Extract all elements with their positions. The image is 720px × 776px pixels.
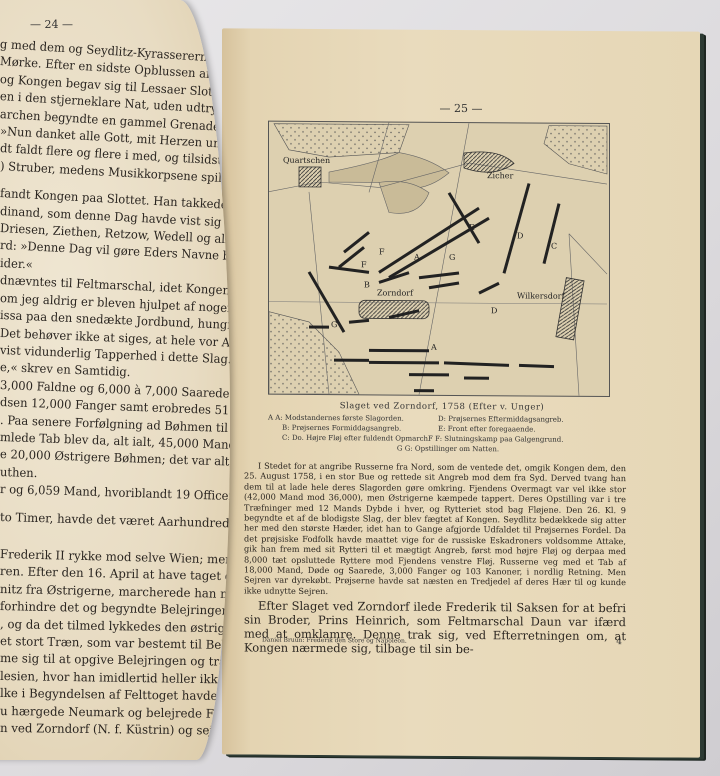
- map-marker-a: A: [414, 253, 420, 262]
- map-marker-g: G: [449, 253, 455, 262]
- left-page: — 24 — g med dem og Seydlitz-Kyrasserern…: [0, 0, 230, 760]
- map-marker-f: F: [379, 247, 385, 256]
- line-gap: [0, 536, 230, 546]
- page-number: — 25 —: [222, 100, 700, 116]
- paragraph: I Stedet for at angribe Russerne fra Nor…: [244, 460, 626, 598]
- map-place-zorndorf: Zorndorf: [377, 288, 413, 297]
- map-marker-d2: D: [491, 306, 497, 315]
- map-place-quartschen: Quartschen: [283, 156, 330, 165]
- signature-mark: 4: [616, 637, 622, 647]
- map-marker-a2: A: [431, 343, 437, 352]
- paragraph: Efter Slaget ved Zorndorf ilede Frederik…: [244, 599, 626, 658]
- running-title: Daniel Bruun: Frederik den Store og Napo…: [262, 637, 407, 645]
- map-marker-e: E: [469, 223, 475, 232]
- map-legend: A A: Modstandernes første Slagorden. D: …: [268, 413, 628, 456]
- battle-map-zorndorf: Quartschen Zicher Zorndorf Wilkersdorf A…: [268, 121, 610, 397]
- page-number: — 24 —: [30, 18, 73, 31]
- legend-item-gg: G G: Opstillinger om Natten.: [268, 443, 628, 456]
- map-marker-f2: F: [361, 260, 367, 269]
- map-marker-d: D: [517, 231, 523, 240]
- right-page: — 25 —: [222, 28, 700, 757]
- map-place-zicher: Zicher: [487, 171, 513, 180]
- map-marker-c: C: [551, 242, 557, 251]
- map-place-wilkersdorf: Wilkersdorf: [517, 291, 564, 300]
- text-line: n ved Zorndorf (N. f. Küstrin) og sejred…: [0, 720, 230, 740]
- map-caption-title: Slaget ved Zorndorf, 1758 (Efter v. Unge…: [262, 401, 622, 414]
- map-marker-b: B: [364, 280, 370, 289]
- left-page-text: g med dem og Seydlitz-Kyrassererne gik d…: [0, 36, 230, 737]
- map-marker-g2: G: [331, 320, 337, 329]
- page-body-text: I Stedet for at angribe Russerne fra Nor…: [244, 460, 626, 657]
